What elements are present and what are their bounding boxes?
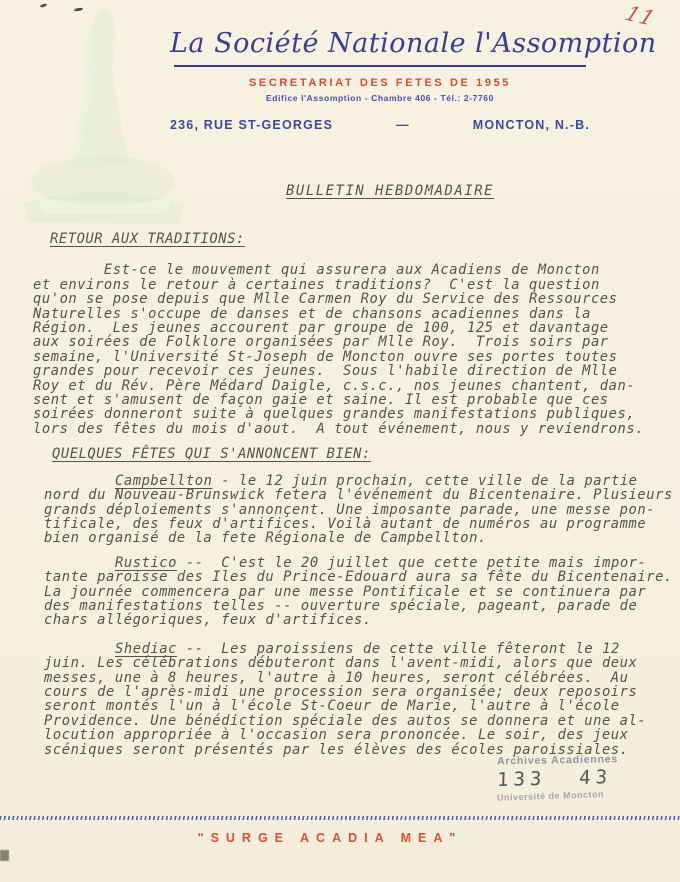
paragraph-line: grandes pour recevoir ces jeunes. Sous l… xyxy=(33,364,678,378)
paragraph-line: aux soirées de Folklore organisées par M… xyxy=(33,335,678,349)
bulletin-title: BULLETIN HEBDOMADAIRE xyxy=(286,183,494,199)
paragraph-line: Providence. Une bénédiction spéciale des… xyxy=(44,714,678,728)
statue-watermark xyxy=(16,0,191,230)
secretariat-line: SECRETARIAT DES FETES DE 1955 xyxy=(170,77,590,89)
paragraph-line: messes, une à 8 heures, l'autre à 10 heu… xyxy=(44,671,678,685)
street-address-row: 236, RUE ST-GEORGES — MONCTON, N.-B. xyxy=(170,118,590,132)
paragraph-line: nord du Nouveau-Brunswick fetera l'événe… xyxy=(44,488,678,502)
document-body: RETOUR AUX TRADITIONS: Est-ce le mouveme… xyxy=(33,232,678,757)
section-heading-fetes: QUELQUES FÊTES QUI S'ANNONCENT BIEN: xyxy=(52,447,678,461)
handwritten-page-number: 11 xyxy=(622,2,660,31)
paragraph-line: bien organisé de la fete Régionale de Ca… xyxy=(44,531,678,545)
paragraph-line: Rustico -- C'est le 20 juillet que cette… xyxy=(44,556,678,570)
paragraph-lines: juin. Les célébrations débuteront dans l… xyxy=(44,656,678,757)
paragraph-line: Région. Les jeunes accourent par groupe … xyxy=(33,321,678,335)
footer-dashed-rule xyxy=(0,816,680,820)
paragraph-line: locution appropriée à l'occasion sera pr… xyxy=(44,728,678,742)
paragraph-line: des manifestations telles -- ouverture s… xyxy=(44,599,678,613)
paragraph-line: Naturelles s'occupe de danses et de chan… xyxy=(33,307,678,321)
paragraph-line: Campbellton - le 12 juin prochain, cette… xyxy=(44,474,678,488)
section-heading-retour: RETOUR AUX TRADITIONS: xyxy=(50,232,678,246)
archive-stamp: Archives Acadiennes 133 43 Université de… xyxy=(497,754,657,800)
scan-speck xyxy=(40,3,48,8)
paragraph-line: seront montés l'un à l'école St-Coeur de… xyxy=(44,699,678,713)
organization-title: La Société Nationale l'Assomption xyxy=(170,28,590,59)
paragraph-line: sent et s'amusent de façon gaie et saine… xyxy=(33,393,678,407)
letterhead: La Société Nationale l'Assomption SECRET… xyxy=(170,28,590,132)
paragraph-line: chars allégoriques, feux d'artifices. xyxy=(44,613,678,627)
paragraph-line: soirées donneront suite à quelques grand… xyxy=(33,407,678,421)
paragraph-line: cours de l'après-midi une procession ser… xyxy=(44,685,678,699)
office-address-line: Edifice l'Assomption - Chambre 406 - Tél… xyxy=(170,93,590,103)
paragraph-line: juin. Les célébrations débuteront dans l… xyxy=(44,656,678,670)
paragraph-traditions: Est-ce le mouvement qui assurera aux Aca… xyxy=(33,263,678,436)
paragraph-line: Roy et du Rév. Père Médard Daigle, c.s.c… xyxy=(33,379,678,393)
footer-motto: "SURGE ACADIA MEA" xyxy=(0,831,660,845)
address-street: 236, RUE ST-GEORGES xyxy=(170,118,333,132)
paragraph-campbellton: Campbellton - le 12 juin prochain, cette… xyxy=(44,474,678,546)
paragraph-line: lors des fêtes du mois d'aout. A tout év… xyxy=(33,422,678,436)
paragraph-line: Est-ce le mouvement qui assurera aux Aca… xyxy=(33,263,678,277)
scan-speck xyxy=(74,7,83,12)
paragraph-line: tante paroisse des Iles du Prince-Edouar… xyxy=(44,570,678,584)
paragraph-line: qu'on se pose depuis que Mlle Carmen Roy… xyxy=(33,292,678,306)
paragraph-line: La journée commencera par une messe Pont… xyxy=(44,585,678,599)
scanned-bulletin-page: 11 La Société Nationale l'Assomption SEC… xyxy=(0,0,680,882)
paragraph-rustico: Rustico -- C'est le 20 juillet que cette… xyxy=(44,556,678,628)
title-rule xyxy=(174,65,586,67)
address-separator: — xyxy=(396,118,410,132)
paragraph-line: Shediac -- Les paroissiens de cette vill… xyxy=(44,642,678,656)
paragraph-shediac: Shediac -- Les paroissiens de cette vill… xyxy=(44,642,678,757)
paragraph-line: grands déploiements s'annonçent. Une imp… xyxy=(44,503,678,517)
paragraph-line: tificale, des feux d'artifices. Voilà au… xyxy=(44,517,678,531)
paragraph-line: semaine, l'Université St-Joseph de Monct… xyxy=(33,350,678,364)
paragraph-lines: nord du Nouveau-Brunswick fetera l'événe… xyxy=(44,488,678,546)
paragraph-line: et environs le retour à certaines tradit… xyxy=(33,278,678,292)
scan-corner-mark xyxy=(0,850,9,861)
paragraph-lines: tante paroisse des Iles du Prince-Edouar… xyxy=(44,570,678,628)
address-city: MONCTON, N.-B. xyxy=(473,118,590,132)
